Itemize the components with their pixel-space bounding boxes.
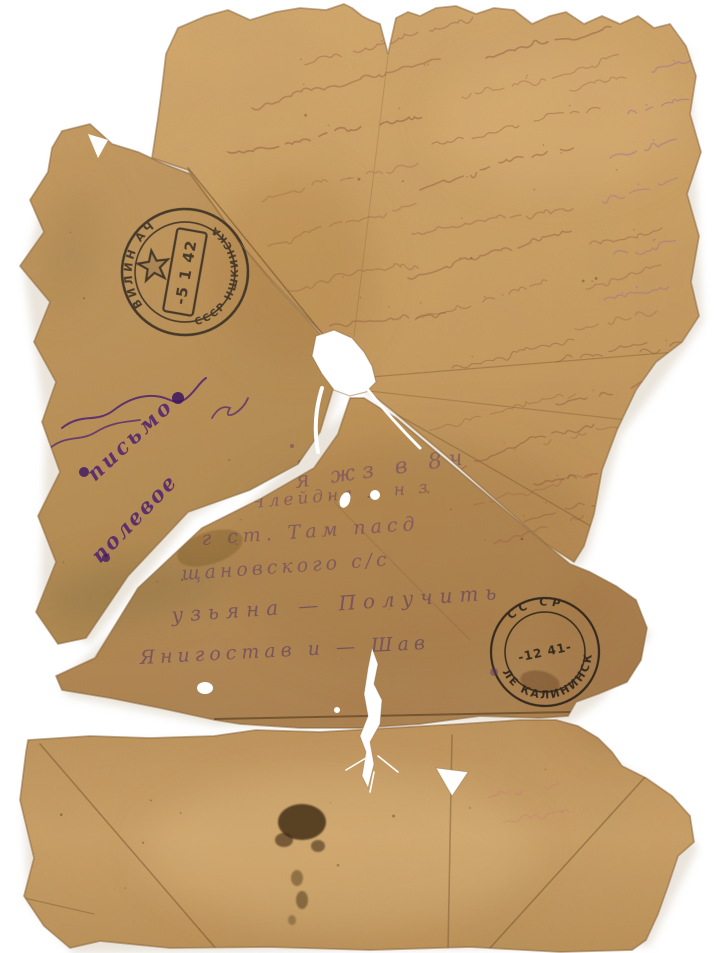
- paper-speck: [616, 169, 618, 171]
- paper-speck: [357, 178, 360, 181]
- ink-blot: [172, 392, 184, 404]
- stain: [291, 870, 303, 886]
- paper-speck: [402, 180, 404, 182]
- ink-blot: [79, 467, 89, 477]
- tear-pinhole: [370, 490, 380, 500]
- paper-speck: [546, 502, 547, 503]
- paper-speck: [468, 806, 471, 809]
- paper-speck: [156, 581, 158, 583]
- paper-speck: [503, 442, 505, 444]
- paper-speck: [427, 491, 430, 494]
- paper-speck: [470, 257, 472, 259]
- paper-speck: [337, 864, 340, 867]
- paper-speck: [181, 579, 183, 581]
- stain: [275, 833, 293, 847]
- paper-speck: [304, 114, 307, 117]
- paper-speck: [582, 280, 585, 283]
- paper-speck: [83, 297, 85, 299]
- paper-speck: [63, 561, 65, 563]
- stain: [296, 891, 308, 909]
- stain: [311, 840, 325, 852]
- paper-speck: [60, 813, 63, 816]
- paper-speck: [450, 509, 452, 511]
- paper-speck: [388, 609, 390, 611]
- paper-speck: [124, 887, 126, 889]
- paper-speck: [228, 459, 231, 462]
- paper-speck: [543, 144, 544, 145]
- tear-pinhole: [334, 707, 340, 713]
- paper-speck: [75, 420, 77, 422]
- letter-scan: -5 1 42 ВИЛИН АЧ СССР НШКИНСКА -12 41- С…: [0, 0, 720, 953]
- paper-speck: [303, 84, 304, 85]
- letter-scan-page: -5 1 42 ВИЛИН АЧ СССР НШКИНСКА -12 41- С…: [0, 0, 720, 953]
- paper-speck: [341, 658, 342, 659]
- tear-pinhole: [197, 682, 213, 694]
- paper-speck: [533, 189, 535, 191]
- paper-speck: [330, 802, 331, 803]
- paper-speck: [69, 232, 71, 234]
- stain: [288, 915, 296, 925]
- ink-blot: [102, 554, 110, 562]
- paper-speck: [240, 519, 242, 521]
- paper-speck: [142, 842, 144, 844]
- paper-speck: [360, 297, 362, 299]
- paper-speck: [329, 496, 332, 499]
- paper-speck: [545, 769, 546, 770]
- paper-speck: [521, 538, 524, 541]
- paper-speck: [484, 169, 485, 170]
- paper-speck: [150, 800, 152, 802]
- paper-speck: [180, 812, 182, 814]
- paper-speck: [595, 277, 598, 280]
- paper-speck: [392, 815, 395, 818]
- paper-speck: [236, 543, 237, 544]
- paper-speck: [69, 427, 70, 428]
